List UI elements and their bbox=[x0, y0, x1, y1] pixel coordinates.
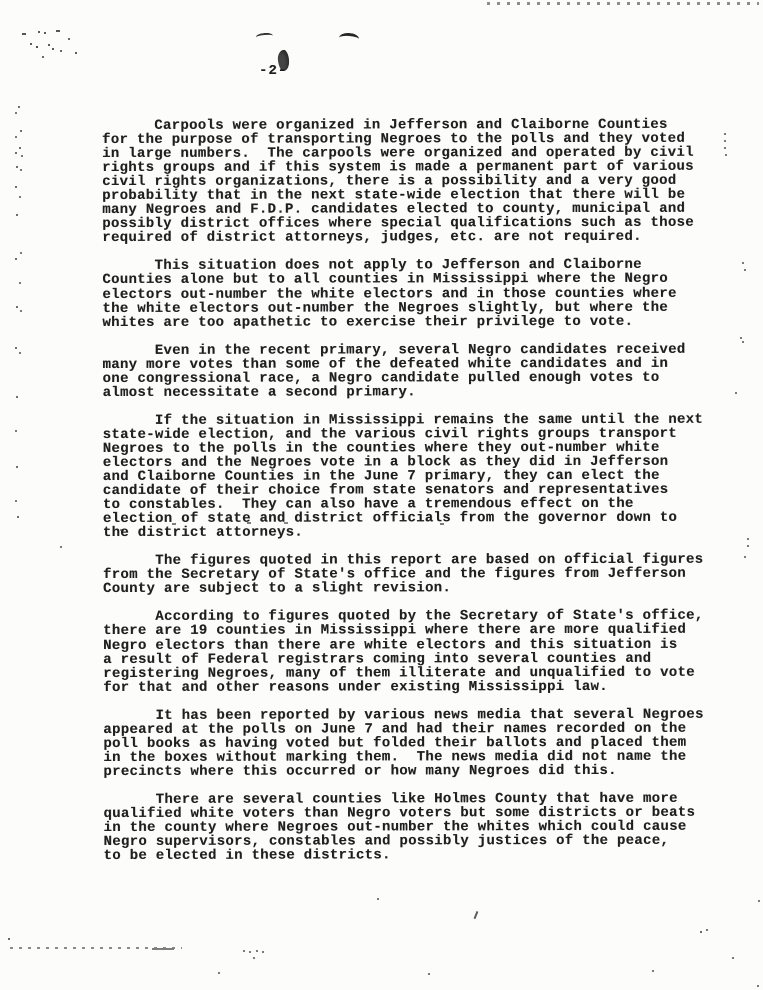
ink-crescent-mark bbox=[256, 32, 274, 40]
paragraph-news-media: It has been reported by various news med… bbox=[103, 707, 723, 779]
scan-stray-mark bbox=[474, 911, 478, 919]
scan-dotted-line bbox=[487, 2, 759, 5]
ink-crescent-mark bbox=[339, 32, 360, 44]
document-body: Carpools were organized in Jefferson and… bbox=[102, 118, 724, 877]
paragraph-if-situation-remains: If the situation in Mississippi remains … bbox=[103, 413, 723, 541]
paragraph-figures-quoted: The figures quoted in this report are ba… bbox=[103, 553, 723, 596]
scan-bottom-dash bbox=[152, 948, 174, 950]
paragraph-carpools: Carpools were organized in Jefferson and… bbox=[102, 118, 722, 246]
paragraph-recent-primary: Even in the recent primary, several Negr… bbox=[102, 342, 722, 399]
page-number: -2- bbox=[259, 63, 287, 79]
paragraph-nineteen-counties: According to figures quoted by the Secre… bbox=[103, 609, 723, 695]
paragraph-situation-counties: This situation does not apply to Jeffers… bbox=[102, 258, 722, 330]
paragraph-holmes-county: There are several counties like Holmes C… bbox=[103, 792, 723, 864]
scan-dash-marks bbox=[0, 0, 4, 2]
scanned-document-page: -2- Carpools were organized in Jefferson… bbox=[0, 0, 763, 990]
